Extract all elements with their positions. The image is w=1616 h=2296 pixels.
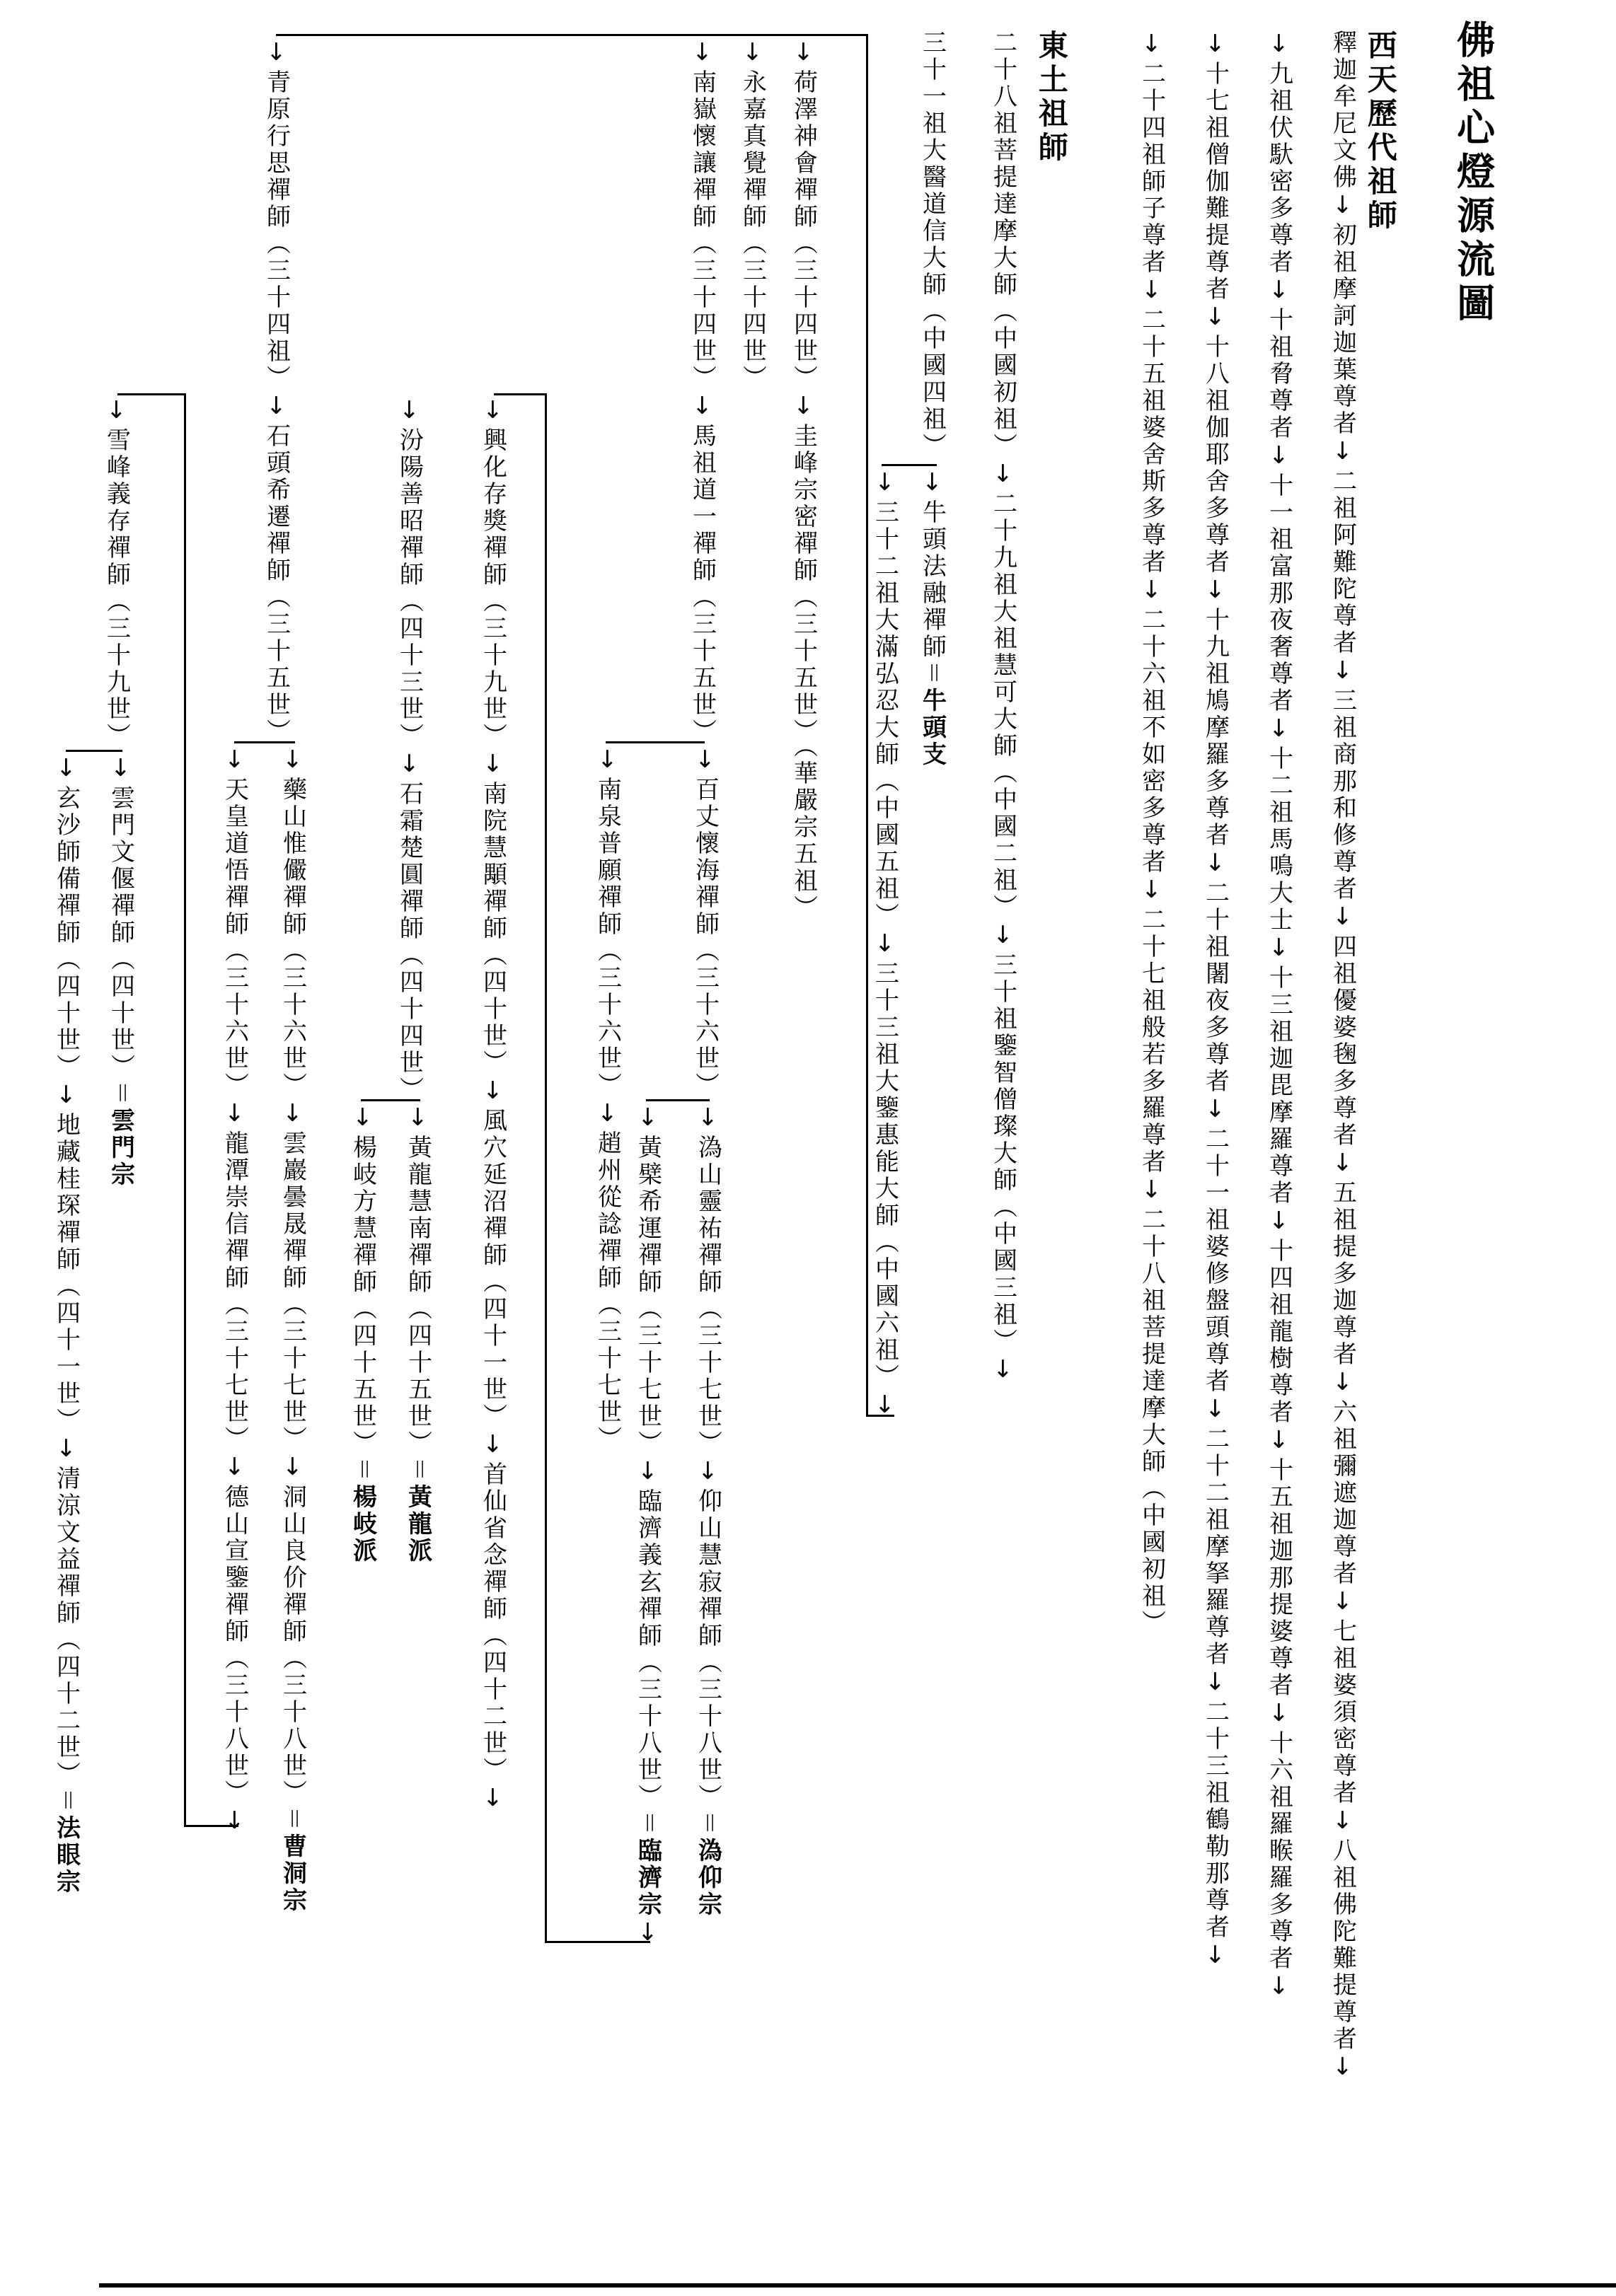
column-niutou-branch: ↓牛頭法融禪師＝牛頭支 <box>918 468 945 768</box>
lineage-text: ↓青原行思禪師（三十四祖）↓石頭希遷禪師（三十五世） <box>262 38 290 746</box>
connector-huineng-wrap-horizontal <box>866 1415 894 1417</box>
lineage-text: ↓黃龍慧南禪師（四十五世）＝ <box>403 1103 432 1484</box>
lineage-text: ↓南嶽懷讓禪師（三十四世）↓馬祖道一禪師（三十五世） <box>688 38 716 746</box>
section-header-west: 西天歷代祖師 <box>1363 30 1397 233</box>
lineage-text: ↓牛頭法融禪師＝ <box>918 468 946 688</box>
connector-linji-wrap-vertical <box>545 393 547 1943</box>
column-west-3: ↓十七祖僧伽難提尊者↓十八祖伽耶舍多尊者↓十九祖鳩摩羅多尊者↓二十祖闍夜多尊者↓… <box>1201 30 1228 1972</box>
lineage-text: ↓永嘉真覺禪師（三十四世） <box>738 38 766 392</box>
lineage-text: ↓藥山惟儼禪師（三十六世）↓雲巖曇晟禪師（三十七世）↓洞山良价禪師（三十八世）＝ <box>278 746 306 1833</box>
column-daoxin: 三十一祖大醫道信大師（中國四祖） <box>918 30 945 460</box>
connector-deshan-wrap-bottom <box>184 1825 238 1827</box>
scan-bottom-edge <box>99 2283 1616 2288</box>
column-qingyuan-shitou: ↓青原行思禪師（三十四祖）↓石頭希遷禪師（三十五世） <box>262 38 289 746</box>
column-huangbo-linji: ↓黃檗希運禪師（三十七世）↓臨濟義玄禪師（三十八世）＝臨濟宗↓ <box>633 1103 661 1949</box>
column-xinghua-line: ↓興化存獎禪師（三十九世）↓南院慧顒禪師（四十世）↓風穴延沼禪師（四十一世）↓首… <box>478 396 506 1815</box>
connector-linji-wrap-bottom <box>545 1941 650 1943</box>
lineage-arrow: ↓ <box>633 1918 662 1949</box>
lineage-text: ↓百丈懷海禪師（三十六世） <box>691 746 719 1099</box>
column-west-4: ↓二十四祖師子尊者↓二十五祖婆舍斯多尊者↓二十六祖不如密多尊者↓二十七祖般若多羅… <box>1137 30 1165 1637</box>
column-west-1: 釋迦牟尼文佛↓初祖摩訶迦葉尊者↓二祖阿難陀尊者↓三祖商那和修尊者↓四祖優婆毱多尊… <box>1328 30 1356 2084</box>
column-west-2: ↓九祖伏馱密多尊者↓十祖脅尊者↓十一祖富那夜奢尊者↓十二祖馬鳴大士↓十三祖迦毘摩… <box>1264 30 1292 2003</box>
column-hongren-huineng: ↓三十二祖大滿弘忍大師（中國五祖）↓三十三祖大鑒惠能大師（中國六祖）↓ <box>870 468 898 1422</box>
column-xuansha-fayan: ↓玄沙師備禪師（四十世）↓地藏桂琛禪師（四十一世）↓清涼文益禪師（四十二世）＝法… <box>52 754 79 1896</box>
column-weishan-yangshan: ↓溈山靈祐禪師（三十七世）↓仰山慧寂禪師（三十八世）＝溈仰宗 <box>693 1103 721 1918</box>
sect-label-weiyang: 溈仰宗 <box>693 1838 722 1918</box>
connector-top-distribution-line <box>276 34 868 36</box>
lineage-text: ↓三十二祖大滿弘忍大師（中國五祖）↓三十三祖大鑒惠能大師（中國六祖）↓ <box>870 468 899 1422</box>
column-nanyue-mazu: ↓南嶽懷讓禪師（三十四世）↓馬祖道一禪師（三十五世） <box>688 38 715 746</box>
lineage-chart-page: 佛祖心燈源流圖 西天歷代祖師 東土祖師 釋迦牟尼文佛↓初祖摩訶迦葉尊者↓二祖阿難… <box>0 0 1616 2296</box>
connector-shitou-branch <box>234 741 295 743</box>
connector-daoxin-branch <box>882 464 937 466</box>
lineage-text: ↓天皇道悟禪師（三十六世）↓龍潭崇信禪師（三十七世）↓德山宣鑒禪師（三十八世）↓ <box>220 746 248 1838</box>
page-title: 佛祖心燈源流圖 <box>1450 20 1495 327</box>
column-yaoshan-dongshan: ↓藥山惟儼禪師（三十六世）↓雲巖曇晟禪師（三十七世）↓洞山良价禪師（三十八世）＝… <box>278 746 306 1914</box>
connector-linji-wrap-top <box>494 393 547 395</box>
section-header-east: 東土祖師 <box>1034 30 1068 166</box>
lineage-text: 二十八祖菩提達摩大師（中國初祖）↓二十九祖大祖慧可大師（中國二祖）↓三十祖鑒智僧… <box>988 30 1017 1386</box>
lineage-text: 釋迦牟尼文佛↓初祖摩訶迦葉尊者↓二祖阿難陀尊者↓三祖商那和修尊者↓四祖優婆毱多尊… <box>1328 30 1356 2084</box>
lineage-text: ↓黃檗希運禪師（三十七世）↓臨濟義玄禪師（三十八世）＝ <box>633 1103 662 1838</box>
column-yongjia: ↓永嘉真覺禪師（三十四世） <box>738 38 766 392</box>
sect-label-caodong: 曹洞宗 <box>278 1833 306 1914</box>
lineage-text: 三十一祖大醫道信大師（中國四祖） <box>918 30 946 460</box>
connector-huineng-wrap-vertical <box>866 34 868 1417</box>
lineage-text: ↓九祖伏馱密多尊者↓十祖脅尊者↓十一祖富那夜奢尊者↓十二祖馬鳴大士↓十三祖迦毘摩… <box>1264 30 1293 2003</box>
column-yunmen: ↓雲門文偃禪師（四十世）＝雲門宗 <box>106 754 134 1188</box>
connector-mazu-branch <box>606 741 705 743</box>
column-tianhuang-deshan: ↓天皇道悟禪師（三十六世）↓龍潭崇信禪師（三十七世）↓德山宣鑒禪師（三十八世）↓ <box>220 746 248 1838</box>
sect-label-yangqi: 楊岐派 <box>348 1484 376 1565</box>
sect-label-niutou: 牛頭支 <box>918 688 946 768</box>
lineage-text: ↓南泉普願禪師（三十六世）↓趙州從諗禪師（三十七世） <box>593 746 621 1453</box>
connector-deshan-wrap-vertical <box>184 393 186 1827</box>
column-bodhidharma: 二十八祖菩提達摩大師（中國初祖）↓二十九祖大祖慧可大師（中國二祖）↓三十祖鑒智僧… <box>988 30 1016 1386</box>
lineage-text: ↓荷澤神會禪師（三十四世）↓圭峰宗密禪師（三十五世）（華嚴宗五祖） <box>789 38 817 922</box>
lineage-text: ↓楊岐方慧禪師（四十五世）＝ <box>348 1103 376 1484</box>
column-baizhang: ↓百丈懷海禪師（三十六世） <box>691 746 718 1099</box>
page-title-text: 佛祖心燈源流圖 <box>1451 20 1496 327</box>
lineage-text: ↓雲門文偃禪師（四十世）＝ <box>106 754 134 1108</box>
lineage-text: ↓雪峰義存禪師（三十九世） <box>102 396 130 750</box>
column-yangqi: ↓楊岐方慧禪師（四十五世）＝楊岐派 <box>348 1103 376 1565</box>
connector-shishuang-branch <box>361 1099 420 1101</box>
column-huanglong: ↓黃龍慧南禪師（四十五世）＝黃龍派 <box>403 1103 431 1565</box>
connector-baizhang-branch <box>646 1099 710 1101</box>
lineage-text: ↓玄沙師備禪師（四十世）↓地藏桂琛禪師（四十一世）↓清涼文益禪師（四十二世）＝ <box>52 754 80 1815</box>
column-fenyang-shishuang: ↓汾陽善昭禪師（四十三世）↓石霜楚圓禪師（四十四世） <box>395 396 422 1103</box>
column-xuefeng: ↓雪峰義存禪師（三十九世） <box>102 396 129 750</box>
connector-xuefeng-branch <box>66 750 122 752</box>
lineage-text: ↓興化存獎禪師（三十九世）↓南院慧顒禪師（四十世）↓風穴延沼禪師（四十一世）↓首… <box>478 396 507 1815</box>
column-heze: ↓荷澤神會禪師（三十四世）↓圭峰宗密禪師（三十五世）（華嚴宗五祖） <box>789 38 816 922</box>
sect-label-yunmen: 雲門宗 <box>106 1108 134 1188</box>
lineage-text: ↓十七祖僧伽難提尊者↓十八祖伽耶舍多尊者↓十九祖鳩摩羅多尊者↓二十祖闍夜多尊者↓… <box>1201 30 1229 1972</box>
section-header-east-text: 東土祖師 <box>1034 30 1069 166</box>
lineage-text: ↓二十四祖師子尊者↓二十五祖婆舍斯多尊者↓二十六祖不如密多尊者↓二十七祖般若多羅… <box>1137 30 1165 1637</box>
column-nanquan-zhaozhou: ↓南泉普願禪師（三十六世）↓趙州從諗禪師（三十七世） <box>593 746 621 1453</box>
sect-label-huanglong: 黃龍派 <box>403 1484 432 1565</box>
connector-deshan-wrap-top <box>117 393 186 395</box>
lineage-text: ↓汾陽善昭禪師（四十三世）↓石霜楚圓禪師（四十四世） <box>395 396 423 1103</box>
lineage-text: ↓溈山靈祐禪師（三十七世）↓仰山慧寂禪師（三十八世）＝ <box>693 1103 722 1838</box>
sect-label-linji: 臨濟宗 <box>633 1838 662 1918</box>
sect-label-fayan: 法眼宗 <box>52 1815 80 1896</box>
section-header-west-text: 西天歷代祖師 <box>1363 30 1398 233</box>
